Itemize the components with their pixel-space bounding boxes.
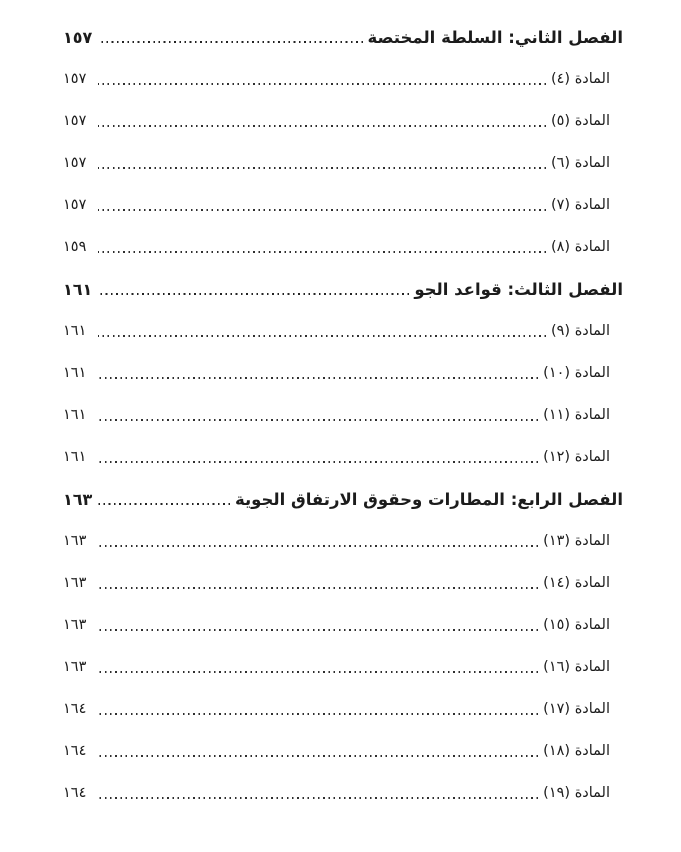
toc-entry-title: المادة (١٤): [543, 575, 610, 591]
dotted-leader: [98, 629, 538, 631]
toc-entry-title: المادة (٤): [551, 71, 610, 87]
toc-row-article: المادة (٩)١٦١: [63, 310, 623, 352]
toc-page-number: ١٦٤: [63, 743, 93, 759]
toc-entry-title: الفصل الرابع: المطارات وحقوق الارتفاق ال…: [235, 490, 623, 509]
dotted-leader: [98, 335, 546, 337]
toc-list: الفصل الثاني: السلطة المختصة١٥٧المادة (٤…: [63, 16, 623, 814]
toc-page-number: ١٦١: [63, 365, 93, 381]
toc-row-article: المادة (٤)١٥٧: [63, 58, 623, 100]
toc-entry-title: المادة (١٨): [543, 743, 610, 759]
toc-entry-title: المادة (٧): [551, 197, 610, 213]
toc-row-chapter: الفصل الثاني: السلطة المختصة١٥٧: [63, 16, 623, 58]
toc-entry-title: الفصل الثالث: قواعد الجو: [414, 280, 623, 299]
toc-page-number: ١٥٩: [63, 239, 93, 255]
toc-entry-title: المادة (٥): [551, 113, 610, 129]
toc-row-article: المادة (١٧)١٦٤: [63, 688, 623, 730]
dotted-leader: [98, 167, 546, 169]
toc-page-number: ١٥٧: [63, 71, 93, 87]
dotted-leader: [98, 377, 538, 379]
dotted-leader: [98, 461, 538, 463]
dotted-leader: [98, 713, 538, 715]
toc-row-article: المادة (١٨)١٦٤: [63, 730, 623, 772]
toc-entry-title: المادة (١٧): [543, 701, 610, 717]
dotted-leader: [98, 83, 546, 85]
toc-entry-title: المادة (١٢): [543, 449, 610, 465]
dotted-leader: [98, 209, 546, 211]
toc-page-number: ١٥٧: [63, 155, 93, 171]
toc-entry-title: الفصل الثاني: السلطة المختصة: [368, 28, 623, 47]
toc-entry-title: المادة (١٣): [543, 533, 610, 549]
toc-row-article: المادة (١٠)١٦١: [63, 352, 623, 394]
dotted-leader: [98, 41, 363, 43]
dotted-leader: [98, 503, 230, 505]
toc-row-article: المادة (١٣)١٦٣: [63, 520, 623, 562]
dotted-leader: [98, 419, 538, 421]
toc-page-number: ١٦٣: [63, 575, 93, 591]
toc-entry-title: المادة (١٦): [543, 659, 610, 675]
toc-entry-title: المادة (١٩): [543, 785, 610, 801]
toc-row-article: المادة (٦)١٥٧: [63, 142, 623, 184]
dotted-leader: [98, 125, 546, 127]
toc-page-number: ١٦١: [63, 280, 93, 299]
toc-page-number: ١٥٧: [63, 113, 93, 129]
dotted-leader: [98, 755, 538, 757]
toc-entry-title: المادة (١١): [543, 407, 610, 423]
dotted-leader: [98, 671, 538, 673]
toc-page-number: ١٦٣: [63, 617, 93, 633]
toc-page-number: ١٦٤: [63, 701, 93, 717]
toc-page-number: ١٦١: [63, 407, 93, 423]
toc-page-number: ١٦١: [63, 323, 93, 339]
toc-row-article: المادة (١٢)١٦١: [63, 436, 623, 478]
dotted-leader: [98, 587, 538, 589]
toc-page-number: ١٦٤: [63, 785, 93, 801]
toc-row-article: المادة (١٩)١٦٤: [63, 772, 623, 814]
toc-row-article: المادة (١٦)١٦٣: [63, 646, 623, 688]
document-page: الفصل الثاني: السلطة المختصة١٥٧المادة (٤…: [0, 0, 681, 852]
toc-row-article: المادة (٧)١٥٧: [63, 184, 623, 226]
toc-row-chapter: الفصل الرابع: المطارات وحقوق الارتفاق ال…: [63, 478, 623, 520]
toc-entry-title: المادة (١٠): [543, 365, 610, 381]
toc-entry-title: المادة (٨): [551, 239, 610, 255]
toc-page-number: ١٦١: [63, 449, 93, 465]
toc-page-number: ١٦٣: [63, 490, 93, 509]
toc-row-article: المادة (٥)١٥٧: [63, 100, 623, 142]
toc-row-article: المادة (١٥)١٦٣: [63, 604, 623, 646]
dotted-leader: [98, 293, 409, 295]
toc-entry-title: المادة (٦): [551, 155, 610, 171]
toc-row-article: المادة (١٤)١٦٣: [63, 562, 623, 604]
toc-row-chapter: الفصل الثالث: قواعد الجو١٦١: [63, 268, 623, 310]
toc-page-number: ١٦٣: [63, 659, 93, 675]
toc-page-number: ١٥٧: [63, 197, 93, 213]
dotted-leader: [98, 545, 538, 547]
toc-row-article: المادة (١١)١٦١: [63, 394, 623, 436]
toc-entry-title: المادة (٩): [551, 323, 610, 339]
dotted-leader: [98, 251, 546, 253]
toc-entry-title: المادة (١٥): [543, 617, 610, 633]
toc-page-number: ١٥٧: [63, 28, 93, 47]
toc-page-number: ١٦٣: [63, 533, 93, 549]
toc-row-article: المادة (٨)١٥٩: [63, 226, 623, 268]
dotted-leader: [98, 797, 538, 799]
